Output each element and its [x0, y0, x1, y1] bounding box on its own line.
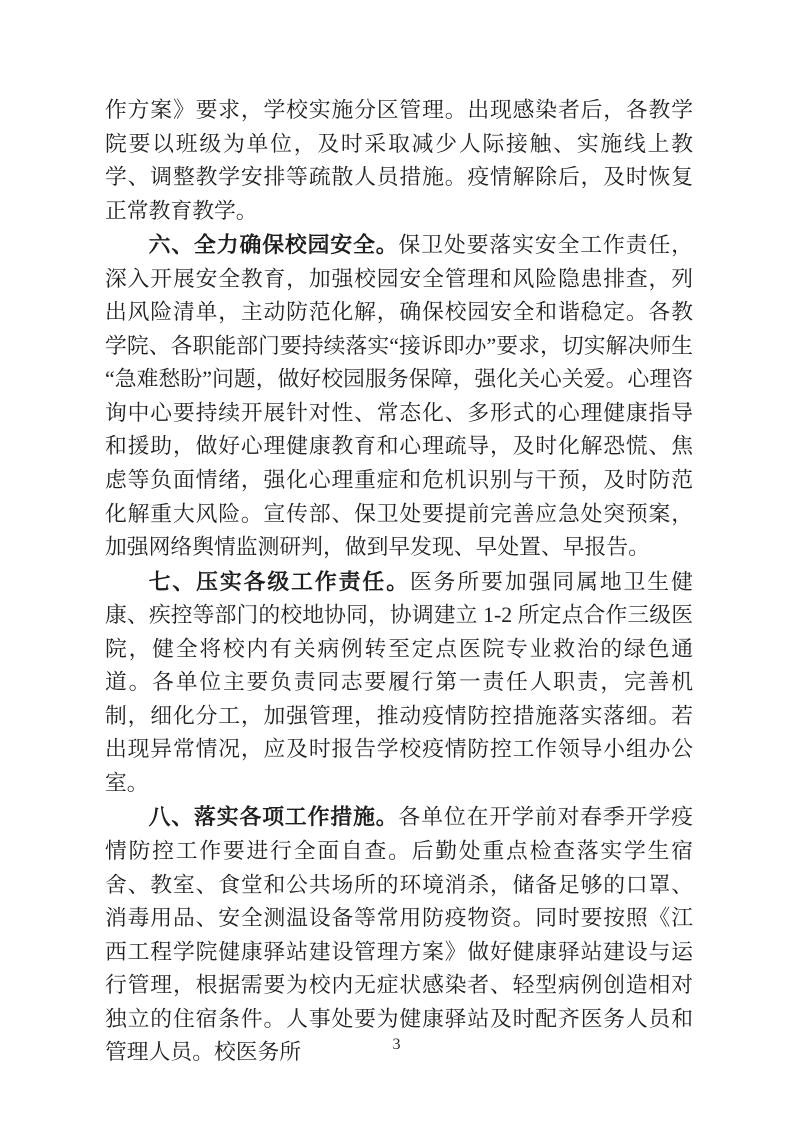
paragraph-text: 作方案》要求，学校实施分区管理。出现感染者后，各教学院要以班级为单位，及时采取减…	[105, 98, 693, 223]
section-eight-heading: 八、落实各项工作措施。	[149, 804, 399, 829]
paragraph-continuation: 作方案》要求，学校实施分区管理。出现感染者后，各教学院要以班级为单位，及时采取减…	[105, 94, 693, 228]
section-six-heading: 六、全力确保校园安全。	[149, 232, 399, 257]
page-number: 3	[0, 1036, 793, 1054]
paragraph-section-six: 六、全力确保校园安全。保卫处要落实安全工作责任，深入开展安全教育，加强校园安全管…	[105, 228, 693, 564]
document-page: 作方案》要求，学校实施分区管理。出现感染者后，各教学院要以班级为单位，及时采取减…	[0, 0, 793, 1122]
paragraph-section-eight: 八、落实各项工作措施。各单位在开学前对春季开学疫情防控工作要进行全面自查。后勤处…	[105, 800, 693, 1069]
section-eight-text: 各单位在开学前对春季开学疫情防控工作要进行全面自查。后勤处重点检查落实学生宿舍、…	[105, 805, 693, 1064]
section-seven-heading: 七、压实各级工作责任。	[149, 569, 410, 594]
section-seven-text: 医务所要加强同属地卫生健康、疾控等部门的校地协同，协调建立 1-2 所定点合作三…	[105, 570, 693, 795]
document-body: 作方案》要求，学校实施分区管理。出现感染者后，各教学院要以班级为单位，及时采取减…	[105, 94, 693, 1070]
section-six-text: 保卫处要落实安全工作责任，深入开展安全教育，加强校园安全管理和风险隐患排查，列出…	[105, 233, 693, 559]
paragraph-section-seven: 七、压实各级工作责任。医务所要加强同属地卫生健康、疾控等部门的校地协同，协调建立…	[105, 565, 693, 801]
